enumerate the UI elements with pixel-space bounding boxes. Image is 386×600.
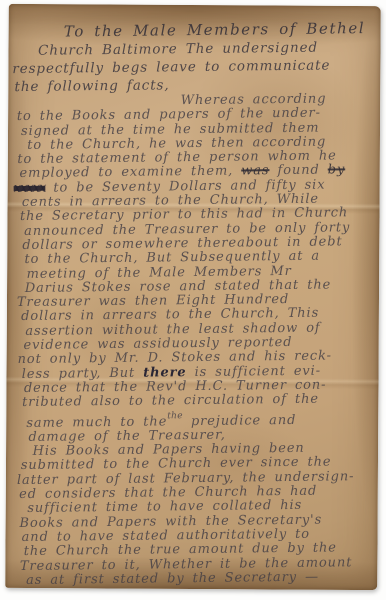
text-segment: as at first stated by the Secretary — bbox=[26, 569, 319, 587]
struck-word: by bbox=[328, 163, 346, 178]
emphasized-word: there bbox=[143, 365, 187, 380]
text-segment: To the Male Members of Bethel bbox=[64, 19, 365, 40]
inserted-word: the bbox=[167, 411, 183, 421]
text-segment: prejudice and bbox=[183, 412, 297, 428]
manuscript-line: To the Male Members of Bethel bbox=[12, 18, 374, 42]
text-segment: found bbox=[269, 163, 327, 179]
text-segment: the following facts, bbox=[14, 77, 169, 95]
manuscript-line: as at first stated by the Secretary — bbox=[18, 570, 380, 588]
scribbled-word: xxxxx bbox=[14, 181, 46, 196]
manuscript-paper: To the Male Members of BethelChurch Balt… bbox=[5, 4, 381, 590]
scan-background: To the Male Members of BethelChurch Balt… bbox=[0, 0, 386, 600]
text-segment: Church Baltimore The undersigned bbox=[38, 40, 318, 59]
manuscript-lines: To the Male Members of BethelChurch Balt… bbox=[12, 18, 380, 588]
struck-word: was bbox=[241, 164, 269, 179]
text-segment: respectfully begs leave to communicate bbox=[12, 57, 330, 77]
